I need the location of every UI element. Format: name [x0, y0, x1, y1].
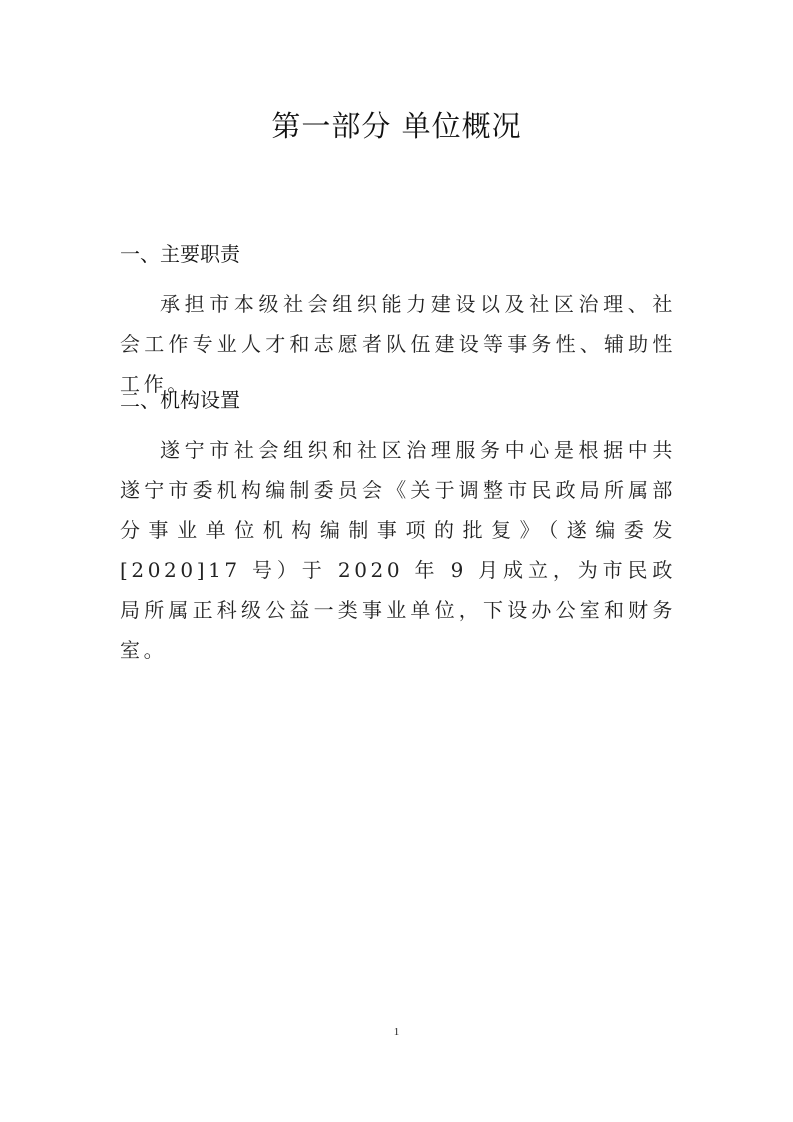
section-heading-organization: 二、机构设置: [120, 384, 240, 413]
page-number: 1: [0, 1026, 793, 1038]
section-heading-main-duties: 一、主要职责: [120, 238, 240, 267]
section-paragraph-organization: 遂宁市社会组织和社区治理服务中心是根据中共遂宁市委机构编制委员会《关于调整市民政…: [120, 430, 676, 670]
page-title: 第一部分 单位概况: [0, 104, 793, 145]
